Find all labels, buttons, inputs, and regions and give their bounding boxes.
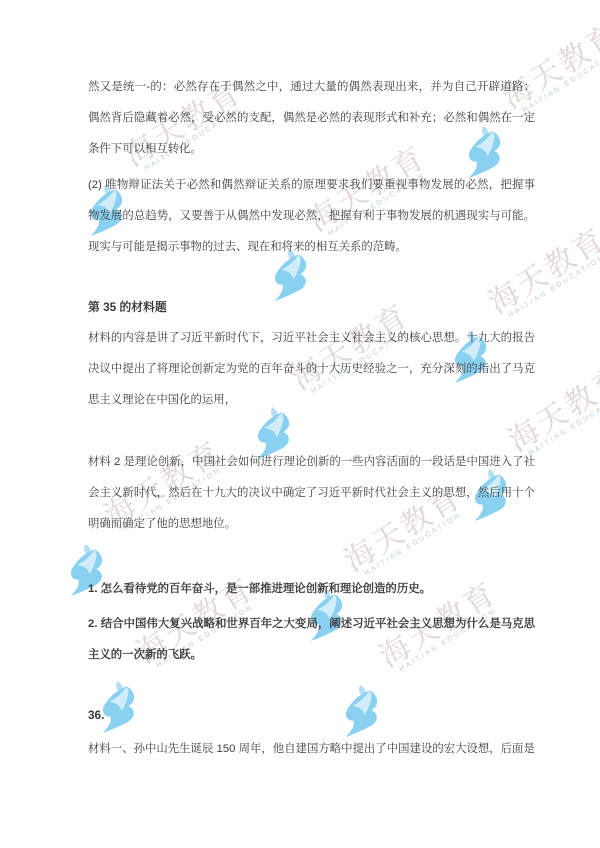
heading-question-35: 第 35 的材料题 xyxy=(88,292,535,323)
paragraph-dialectics-principle: (2) 唯物辩证法关于必然和偶然辩证关系的原理要求我们要重视事物发展的必然，把握… xyxy=(88,170,535,263)
paragraph-necessity-contingency: 然又是统一-的：必然存在于偶然之中，通过大量的偶然表现出来，并为自己开辟道路：偶… xyxy=(88,72,535,165)
heading-question-36: 36. xyxy=(88,700,535,731)
document-page: 海天教育 HAITIAN EDUCATION 海天教育 HAITIAN EDUC… xyxy=(0,0,600,848)
paragraph-material-summary: 材料的内容是讲了习近平新时代下，习近平社会主义社会主义的核心思想。十九大的报告决… xyxy=(88,323,535,416)
paragraph-material-one-sunzhongshan: 材料一、孙中山先生诞辰 150 周年，他自建国方略中提出了中国建设的宏大设想，后… xyxy=(88,734,535,765)
question-item-2: 2. 结合中国伟大复兴战略和世界百年之大变局，阐述习近平社会主义思想为什么是马克… xyxy=(88,609,535,671)
document-content: 然又是统一-的：必然存在于偶然之中，通过大量的偶然表现出来，并为自己开辟道路：偶… xyxy=(88,72,535,765)
paragraph-material-2: 材料 2 是理论创新，中国社会如何进行理论创新的一些内容活面的一段话是中国进入了… xyxy=(88,447,535,540)
question-item-1: 1. 怎么看待党的百年奋斗，是一部推进理论创新和理论创造的历史。 xyxy=(88,574,535,605)
